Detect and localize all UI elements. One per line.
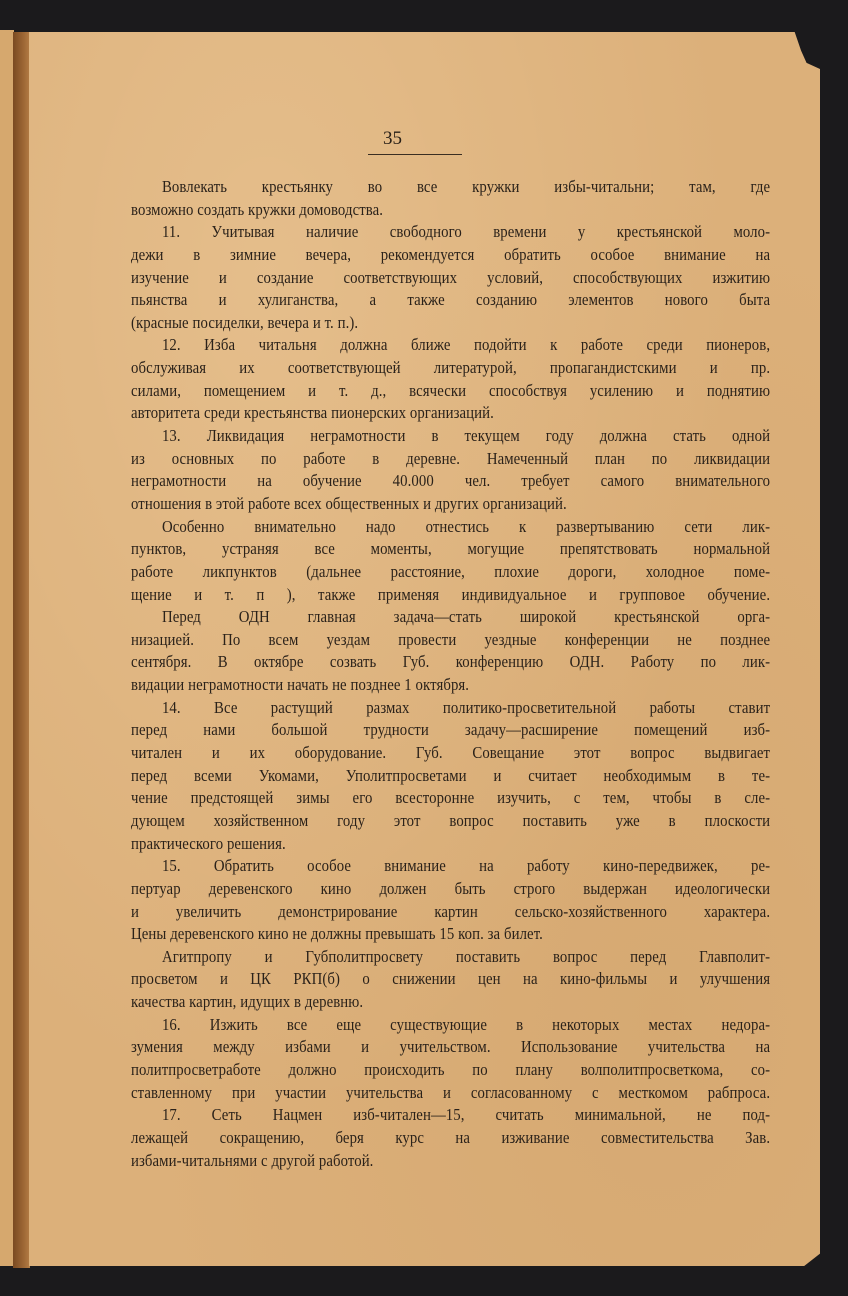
book-page: 35 Вовлекать крестьянку во все кружки из… xyxy=(29,32,820,1266)
book-spine xyxy=(13,32,30,1268)
text-line: Цены деревенского кино не должны превыша… xyxy=(131,923,770,946)
text-line: читален и их оборудование. Губ. Совещани… xyxy=(131,742,770,765)
text-line: 12. Изба читальня должна ближе подойти к… xyxy=(131,334,770,357)
text-line: 14. Все растущий размах политико-просвет… xyxy=(131,697,770,720)
page-number-text: 35 xyxy=(383,128,402,149)
text-line: качества картин, идущих в деревню. xyxy=(131,991,770,1014)
text-line: 17. Сеть Нацмен изб-читален—15, считать … xyxy=(131,1104,770,1127)
text-line: ставленному при участии учительства и со… xyxy=(131,1082,770,1105)
text-line: обслуживая их соответствующей литературо… xyxy=(131,357,770,380)
text-line: дующем хозяйственном году этот вопрос по… xyxy=(131,810,770,833)
text-line: видации неграмотности начать не позднее … xyxy=(131,674,770,697)
text-line: Агитпропу и Губполитпросвету поставить в… xyxy=(131,946,770,969)
text-line: низацией. По всем уездам провести уездны… xyxy=(131,629,770,652)
text-line: перед всеми Укомами, Уполитпросветами и … xyxy=(131,765,770,788)
text-line: щение и т. п ), также применяя индивидуа… xyxy=(131,584,770,607)
text-line: силами, помещением и т. д., всячески спо… xyxy=(131,380,770,403)
text-line: изучение и создание соответствующих усло… xyxy=(131,267,770,290)
text-line: просветом и ЦК РКП(б) о снижении цен на … xyxy=(131,968,770,991)
text-line: пунктов, устраняя все моменты, могущие п… xyxy=(131,538,770,561)
text-line: 13. Ликвидация неграмотности в текущем г… xyxy=(131,425,770,448)
text-line: неграмотности на обучение 40.000 чел. тр… xyxy=(131,470,770,493)
text-line: зумения между избами и учительством. Исп… xyxy=(131,1036,770,1059)
text-line: Перед ОДН главная задача—стать широкой к… xyxy=(131,606,770,629)
text-line: Вовлекать крестьянку во все кружки избы-… xyxy=(131,176,770,199)
text-line: чение предстоящей зимы его всесторонне и… xyxy=(131,787,770,810)
text-line: возможно создать кружки домоводства. xyxy=(131,199,770,222)
text-line: 16. Изжить все еще существующие в некото… xyxy=(131,1014,770,1037)
text-line: практического решения. xyxy=(131,833,770,856)
text-line: отношения в этой работе всех общественны… xyxy=(131,493,770,516)
text-line: дежи в зимние вечера, рекомендуется обра… xyxy=(131,244,770,267)
text-line: избами-читальнями с другой работой. xyxy=(131,1150,770,1173)
text-line: Особенно внимательно надо отнестись к ра… xyxy=(131,516,770,539)
text-line: (красные посиделки, вечера и т. п.). xyxy=(131,312,770,335)
text-line: из основных по работе в деревне. Намечен… xyxy=(131,448,770,471)
page-body-text: Вовлекать крестьянку во все кружки избы-… xyxy=(131,176,770,1172)
text-line: авторитета среди крестьянства пионерских… xyxy=(131,402,770,425)
text-line: работе ликпунктов (дальнее расстояние, п… xyxy=(131,561,770,584)
text-line: и увеличить демонстрирование картин сель… xyxy=(131,901,770,924)
text-line: перед нами большой трудности задачу—расш… xyxy=(131,719,770,742)
page-number-rule xyxy=(368,154,462,155)
text-line: 11. Учитывая наличие свободного времени … xyxy=(131,221,770,244)
text-line: 15. Обратить особое внимание на работу к… xyxy=(131,855,770,878)
text-line: пьянства и хулиганства, а также созданию… xyxy=(131,289,770,312)
text-line: лежащей сокращению, беря курс на изживан… xyxy=(131,1127,770,1150)
text-line: пертуар деревенского кино должен быть ст… xyxy=(131,878,770,901)
page-number: 35 xyxy=(29,128,820,150)
text-line: политпросветработе должно происходить по… xyxy=(131,1059,770,1082)
text-line: сентября. В октябре созвать Губ. конфере… xyxy=(131,651,770,674)
facing-page-edge xyxy=(0,30,14,1266)
